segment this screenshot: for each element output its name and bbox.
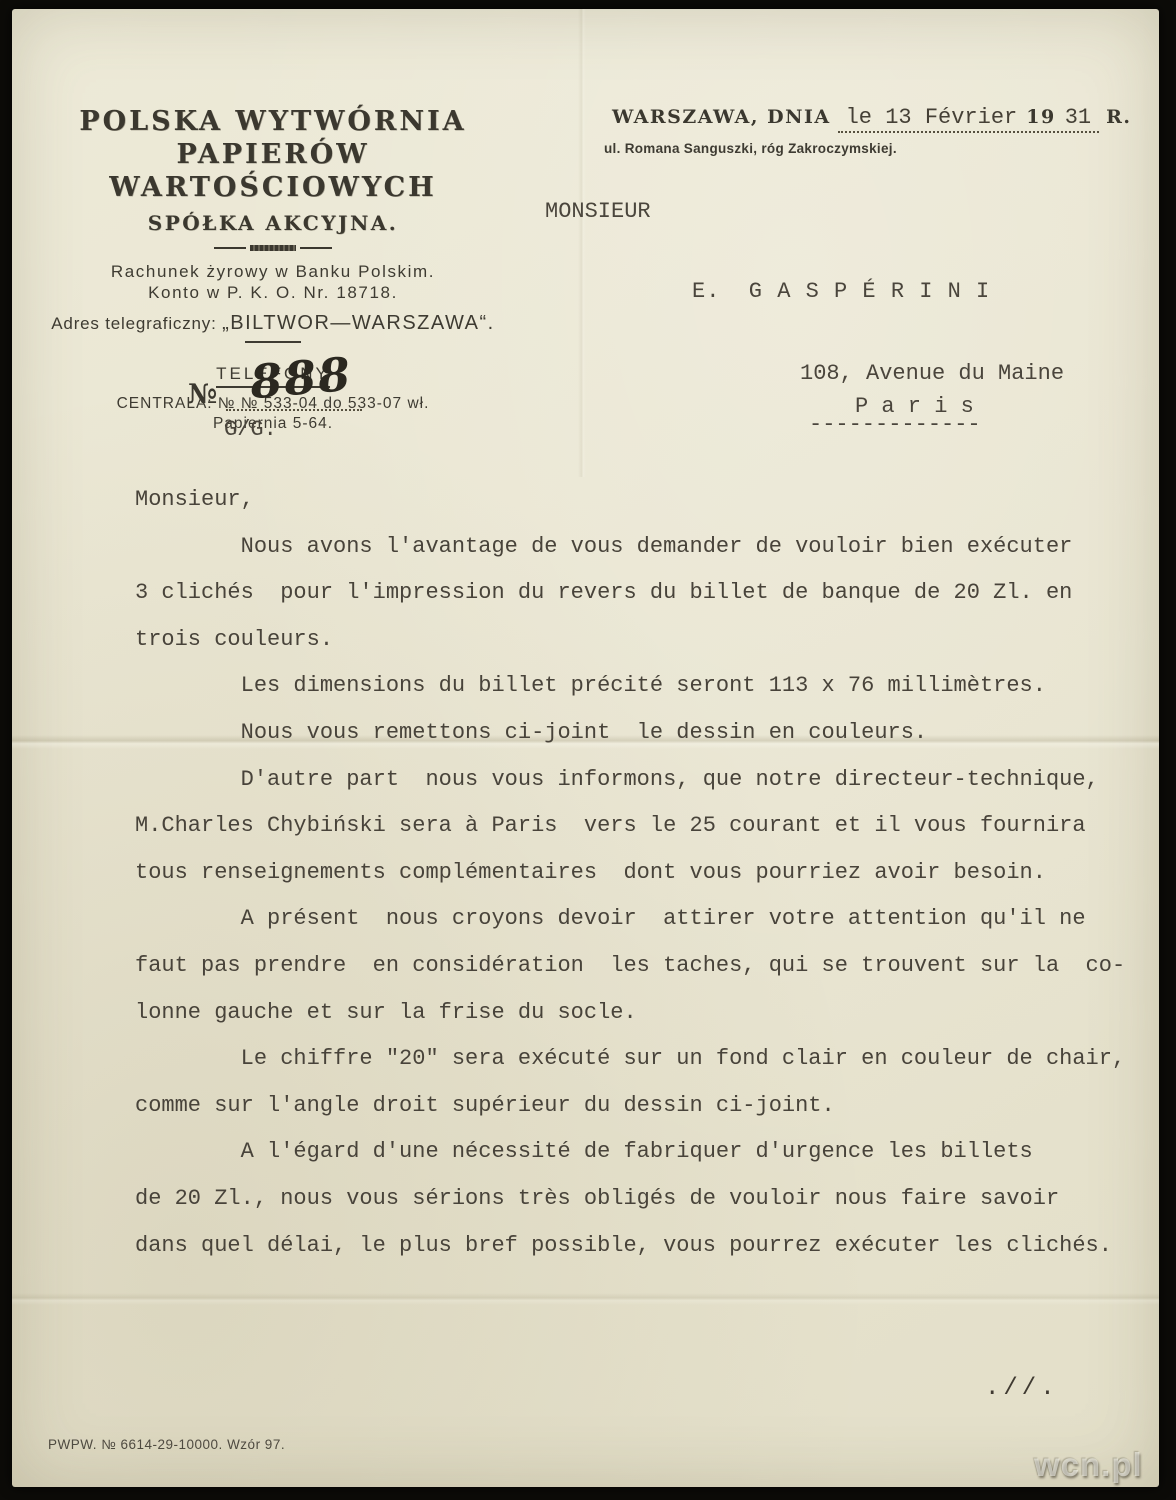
fold-crease-vertical <box>578 9 586 477</box>
bank-account-line2: Konto w P. K. O. Nr. 18718. <box>30 282 516 303</box>
telegraph-value: „BILTWOR—WARSZAWA“. <box>222 312 495 334</box>
date-line: WARSZAWA, DNIA le 13 Février 19 31 R. <box>612 105 1132 133</box>
recipient-salutation: MONSIEUR <box>545 199 651 224</box>
body-line: faut pas prendre en considération les ta… <box>135 943 1125 990</box>
photo-background: POLSKA WYTWÓRNIA PAPIERÓW WARTOŚCIOWYCH … <box>0 0 1176 1500</box>
date-suffix: R. <box>1106 106 1131 128</box>
company-street-address: ul. Romana Sanguszki, róg Zakroczymskiej… <box>604 141 897 156</box>
body-line: Monsieur, <box>135 477 1125 524</box>
recipient-name: E. G A S P É R I N I <box>692 279 990 304</box>
date-dotted-field: le 13 Février 19 31 <box>838 105 1100 133</box>
telegraph-label: Adres telegraficzny: <box>51 314 216 333</box>
company-name-line1: POLSKA WYTWÓRNIA <box>30 105 516 138</box>
body-line: A l'égard d'une nécessité de fabriquer d… <box>135 1129 1125 1176</box>
date-city-label: WARSZAWA, DNIA <box>612 106 831 128</box>
scan-watermark: wcn.pl <box>1034 1446 1143 1484</box>
body-line: de 20 Zl., nous vous sérions très obligé… <box>135 1176 1125 1223</box>
body-line: dans quel délai, le plus bref possible, … <box>135 1223 1125 1270</box>
reference-number-handwritten: 888 <box>248 347 354 410</box>
body-line: A présent nous croyons devoir attirer vo… <box>135 896 1125 943</box>
typed-date: le 13 Février <box>846 105 1018 130</box>
ornament-thin-left <box>214 247 246 249</box>
body-line: Nous vous remettons ci-joint le dessin e… <box>135 710 1125 757</box>
body-line: Nous avons l'avantage de vous demander d… <box>135 524 1125 571</box>
letterhead-divider-ornament <box>30 244 516 251</box>
body-line: M.Charles Chybiński sera à Paris vers le… <box>135 803 1125 850</box>
company-type: SPÓŁKA AKCYJNA. <box>30 211 516 235</box>
body-line: lonne gauche et sur la frise du socle. <box>135 990 1125 1037</box>
body-line: 3 clichés pour l'impression du revers du… <box>135 570 1125 617</box>
letter-document: POLSKA WYTWÓRNIA PAPIERÓW WARTOŚCIOWYCH … <box>12 9 1159 1487</box>
printed-year-prefix: 19 <box>1026 106 1055 128</box>
recipient-city-underline: ------------- <box>809 412 981 437</box>
body-line: Le chiffre "20" sera exécuté sur un fond… <box>135 1036 1125 1083</box>
ornament-thin-right <box>300 247 332 249</box>
telegraph-address-line: Adres telegraficzny: „BILTWOR—WARSZAWA“. <box>30 312 516 335</box>
typed-year: 31 <box>1065 105 1091 130</box>
company-name-line2: PAPIERÓW WARTOŚCIOWYCH <box>30 138 516 204</box>
clerk-initials: G/G. <box>224 417 277 442</box>
body-line: D'autre part nous vous informons, que no… <box>135 757 1125 804</box>
body-line: comme sur l'angle droit supérieur du des… <box>135 1083 1125 1130</box>
body-line: trois couleurs. <box>135 617 1125 664</box>
page-continuation-mark: .//. <box>985 1375 1059 1402</box>
fold-crease-horizontal-lower <box>12 1293 1159 1305</box>
letter-body: Monsieur, Nous avons l'avantage de vous … <box>135 477 1125 1269</box>
body-line: Les dimensions du billet précité seront … <box>135 663 1125 710</box>
bank-account-line1: Rachunek żyrowy w Banku Polskim. <box>30 261 516 282</box>
ornament-thick-center <box>250 245 296 251</box>
printer-imprint: PWPW. № 6614-29-10000. Wzór 97. <box>48 1437 285 1452</box>
reference-number-sign: № <box>188 379 217 410</box>
recipient-street: 108, Avenue du Maine <box>800 361 1064 386</box>
body-line: tous renseignements complémentaires dont… <box>135 850 1125 897</box>
